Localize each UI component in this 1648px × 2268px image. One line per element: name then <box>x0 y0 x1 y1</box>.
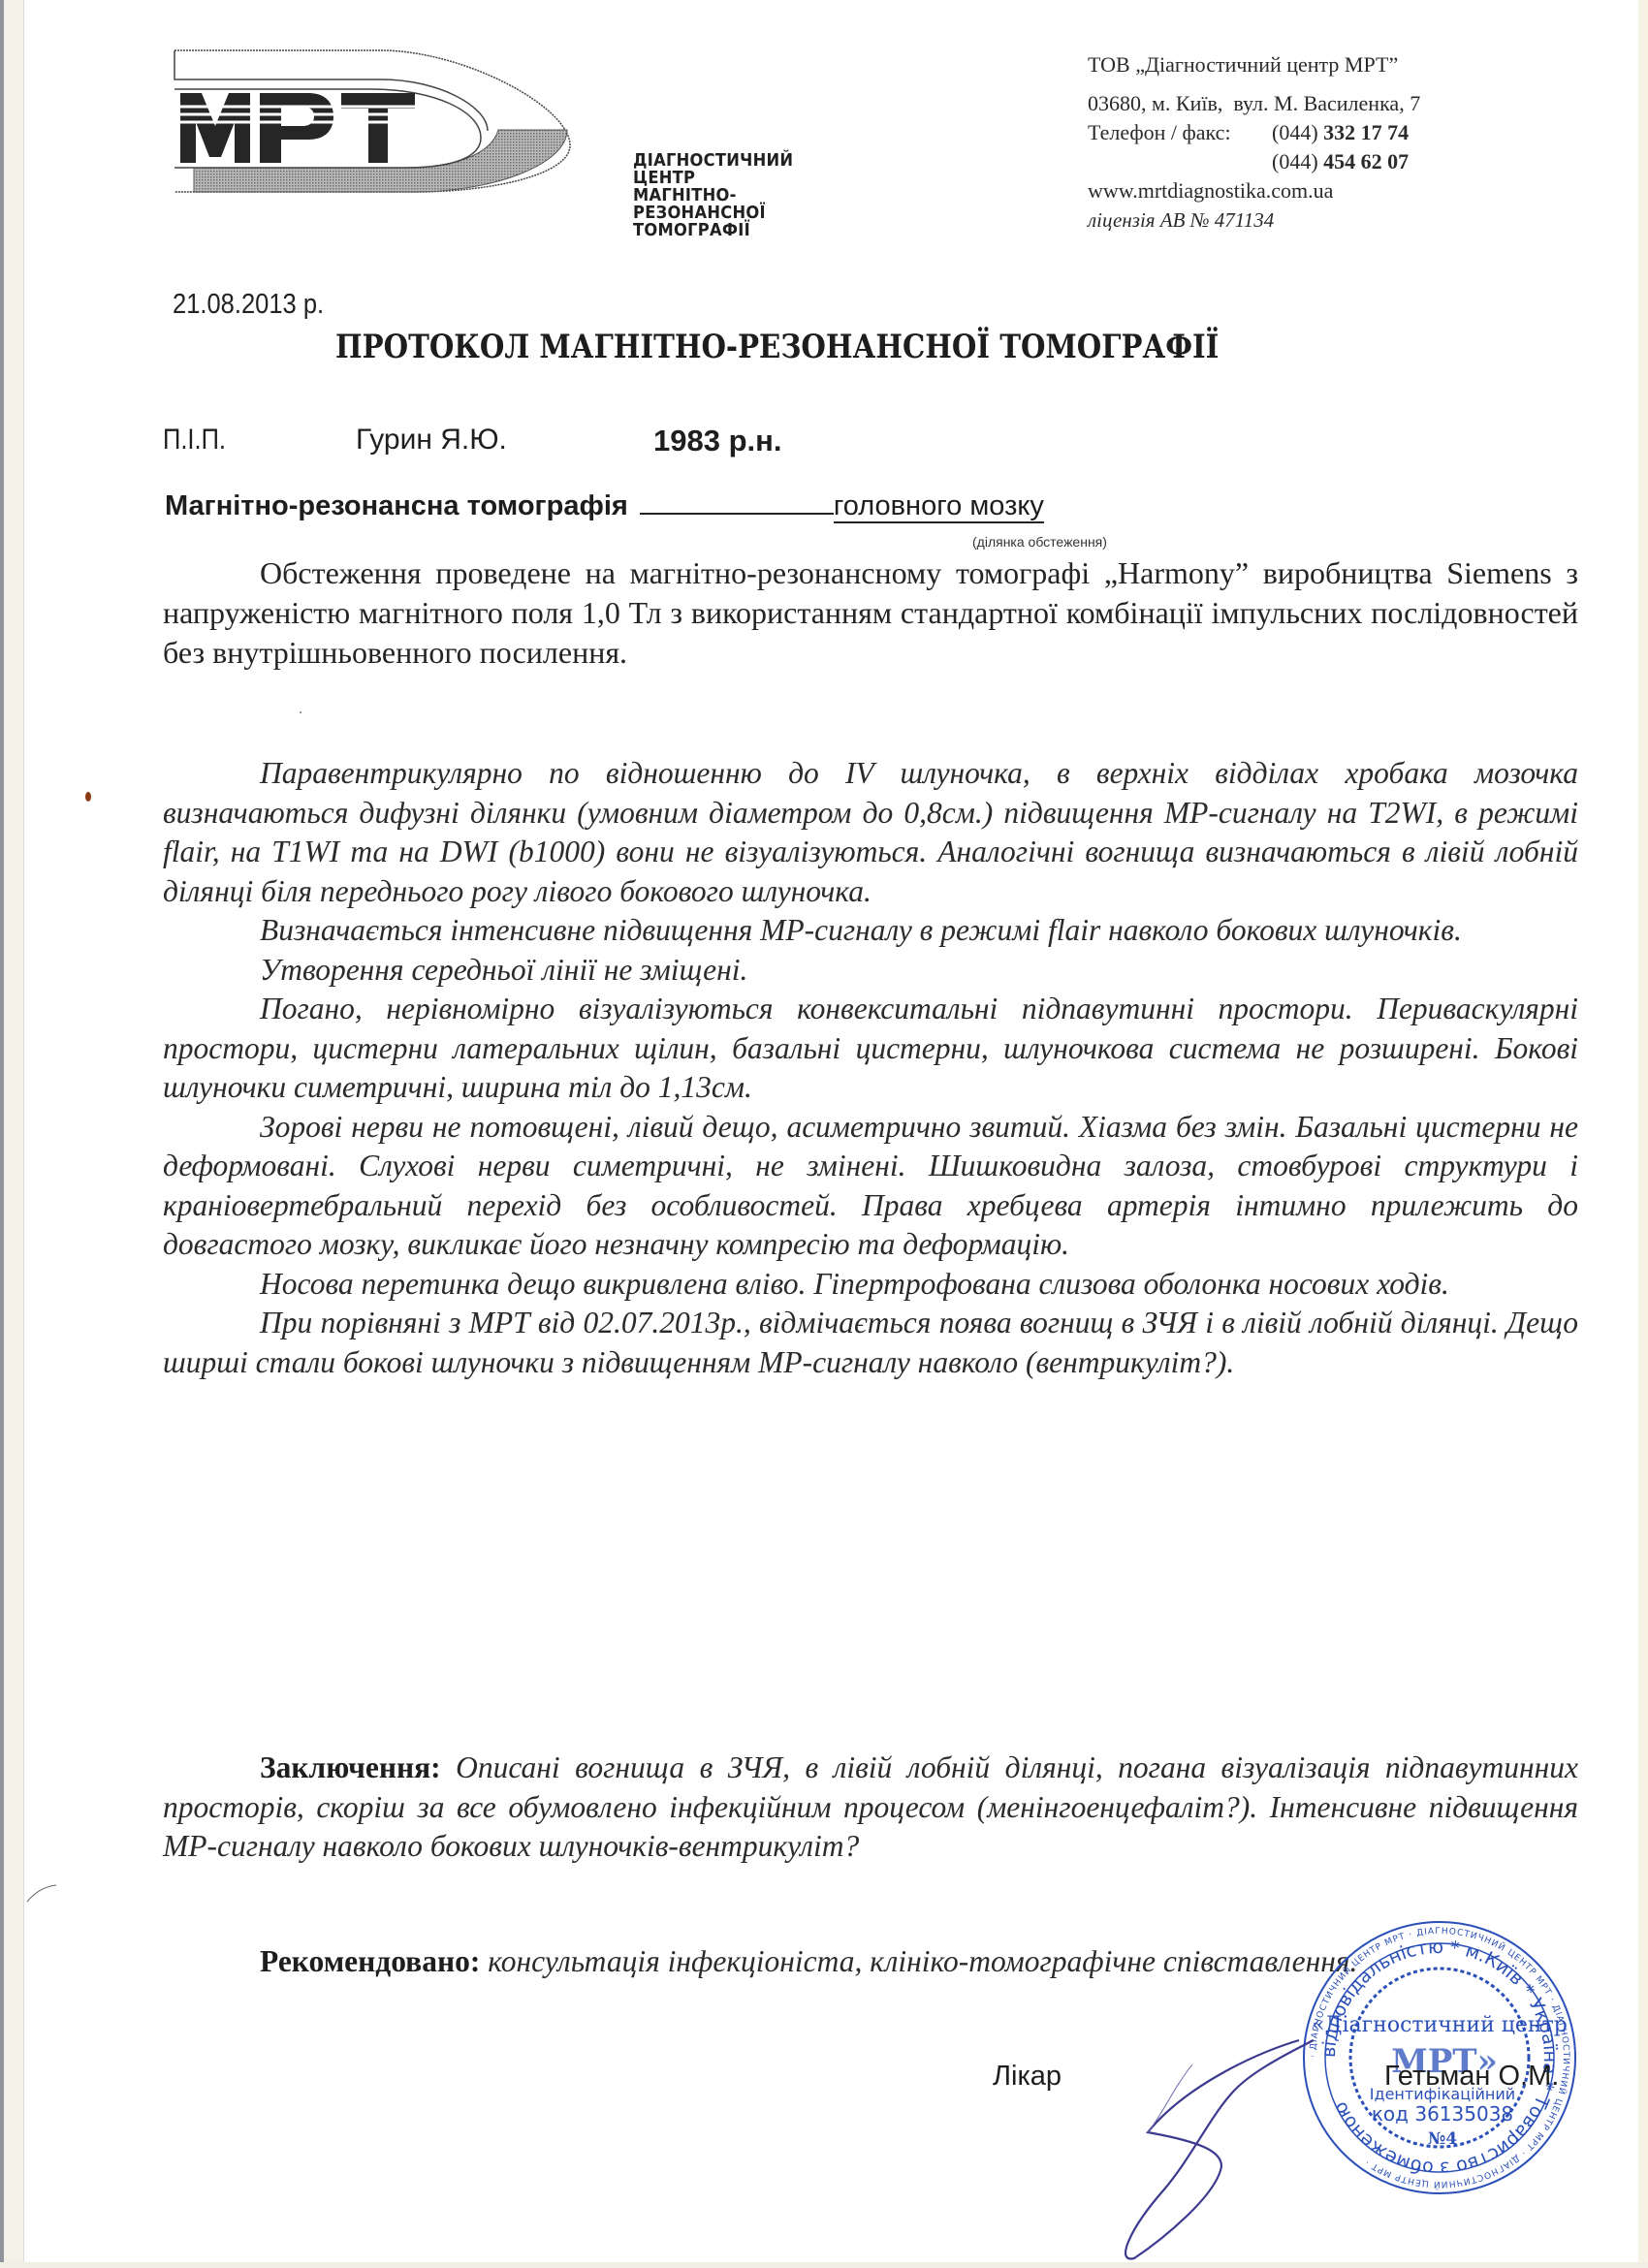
phone-row-1: Телефон / факс:(044) 332 17 74 <box>1088 118 1420 147</box>
findings: Паравентрикулярно по відношенню до IV шл… <box>163 754 1578 1382</box>
company-name: ТОВ „Діагностичний центр МРТ” <box>1088 50 1420 79</box>
patient-label: П.І.П. <box>163 424 226 457</box>
finding-paragraph: Носова перетинка дещо викривлена вліво. … <box>163 1265 1578 1305</box>
doctor-label: Лікар <box>993 2061 1062 2093</box>
recommendation-label: Рекомендовано: <box>260 1944 480 1978</box>
phone-row-2: (044) 454 62 07 <box>1088 147 1420 176</box>
document-date: 21.08.2013 р. <box>173 289 324 321</box>
company-license: ліцензія АВ № 471134 <box>1088 205 1420 235</box>
study-underline <box>640 488 834 515</box>
study-label: Магнітно-резонансна томографія <box>165 490 628 521</box>
scan-edge-shadow <box>0 0 4 2268</box>
logo-line-3: ТОМОГРАФІЇ <box>633 222 793 239</box>
scan-edge-bottom <box>0 2262 1648 2268</box>
logo-caption: ДІАГНОСТИЧНИЙ ЦЕНТР МАГНІТНО-РЕЗОНАНСНОЇ… <box>633 152 793 239</box>
phone-code: (044) <box>1272 120 1323 144</box>
study-type-row: Магнітно-резонансна томографіяголовного … <box>165 488 1044 522</box>
conclusion: Заключення: Описані вогнища в ЗЧЯ, в лів… <box>163 1748 1578 1867</box>
phone-label: Телефон / факс: <box>1088 118 1272 147</box>
intro-paragraph: Обстеження проведене на магнітно-резонан… <box>163 553 1578 673</box>
signature-icon <box>1105 1997 1396 2268</box>
svg-text:№4: №4 <box>1428 2129 1457 2149</box>
finding-paragraph: Утворення середньої лінії не зміщені. <box>163 951 1578 991</box>
phone-number: 454 62 07 <box>1323 149 1409 173</box>
company-address: 03680, м. Київ, вул. М. Василенка, 7 <box>1088 89 1420 118</box>
logo-line-2: МАГНІТНО-РЕЗОНАНСНОЇ <box>633 187 793 222</box>
study-area: головного мозку <box>834 490 1044 523</box>
doctor-name: Гетьман О.М. <box>1384 2061 1559 2093</box>
finding-paragraph: Зорові нерви не потовщені, лівий дещо, а… <box>163 1108 1578 1265</box>
conclusion-label: Заключення: <box>260 1750 441 1784</box>
company-contacts: ТОВ „Діагностичний центр МРТ” 03680, м. … <box>1088 50 1420 235</box>
examination-intro: Обстеження проведене на магнітно-резонан… <box>163 553 1578 673</box>
phone-code: (044) <box>1272 149 1323 173</box>
company-website[interactable]: www.mrtdiagnostika.com.ua <box>1088 176 1420 205</box>
finding-paragraph: Паравентрикулярно по відношенню до IV шл… <box>163 754 1578 911</box>
finding-paragraph: Погано, нерівномірно візуалізуються конв… <box>163 990 1578 1108</box>
phone-number: 332 17 74 <box>1323 120 1409 144</box>
patient-name: Гурин Я.Ю. <box>356 424 507 457</box>
scan-edge-right <box>1638 0 1648 2268</box>
finding-paragraph: Визначається інтенсивне підвищення МР-си… <box>163 911 1578 951</box>
document-title: ПРОТОКОЛ МАГНІТНО-РЕЗОНАНСНОЇ ТОМОГРАФІЇ <box>335 328 1219 366</box>
mrt-logo-icon <box>173 48 618 194</box>
logo-line-1: ДІАГНОСТИЧНИЙ ЦЕНТР <box>633 152 793 187</box>
recommendation-text: консультація інфекціоніста, клініко-томо… <box>480 1944 1357 1978</box>
patient-birth-year: 1983 р.н. <box>653 424 781 458</box>
study-area-caption: (ділянка обстеження) <box>972 534 1107 550</box>
finding-paragraph: При порівняні з МРТ від 02.07.2013р., ві… <box>163 1304 1578 1382</box>
company-logo: ДІАГНОСТИЧНИЙ ЦЕНТР МАГНІТНО-РЕЗОНАНСНОЇ… <box>173 48 754 194</box>
